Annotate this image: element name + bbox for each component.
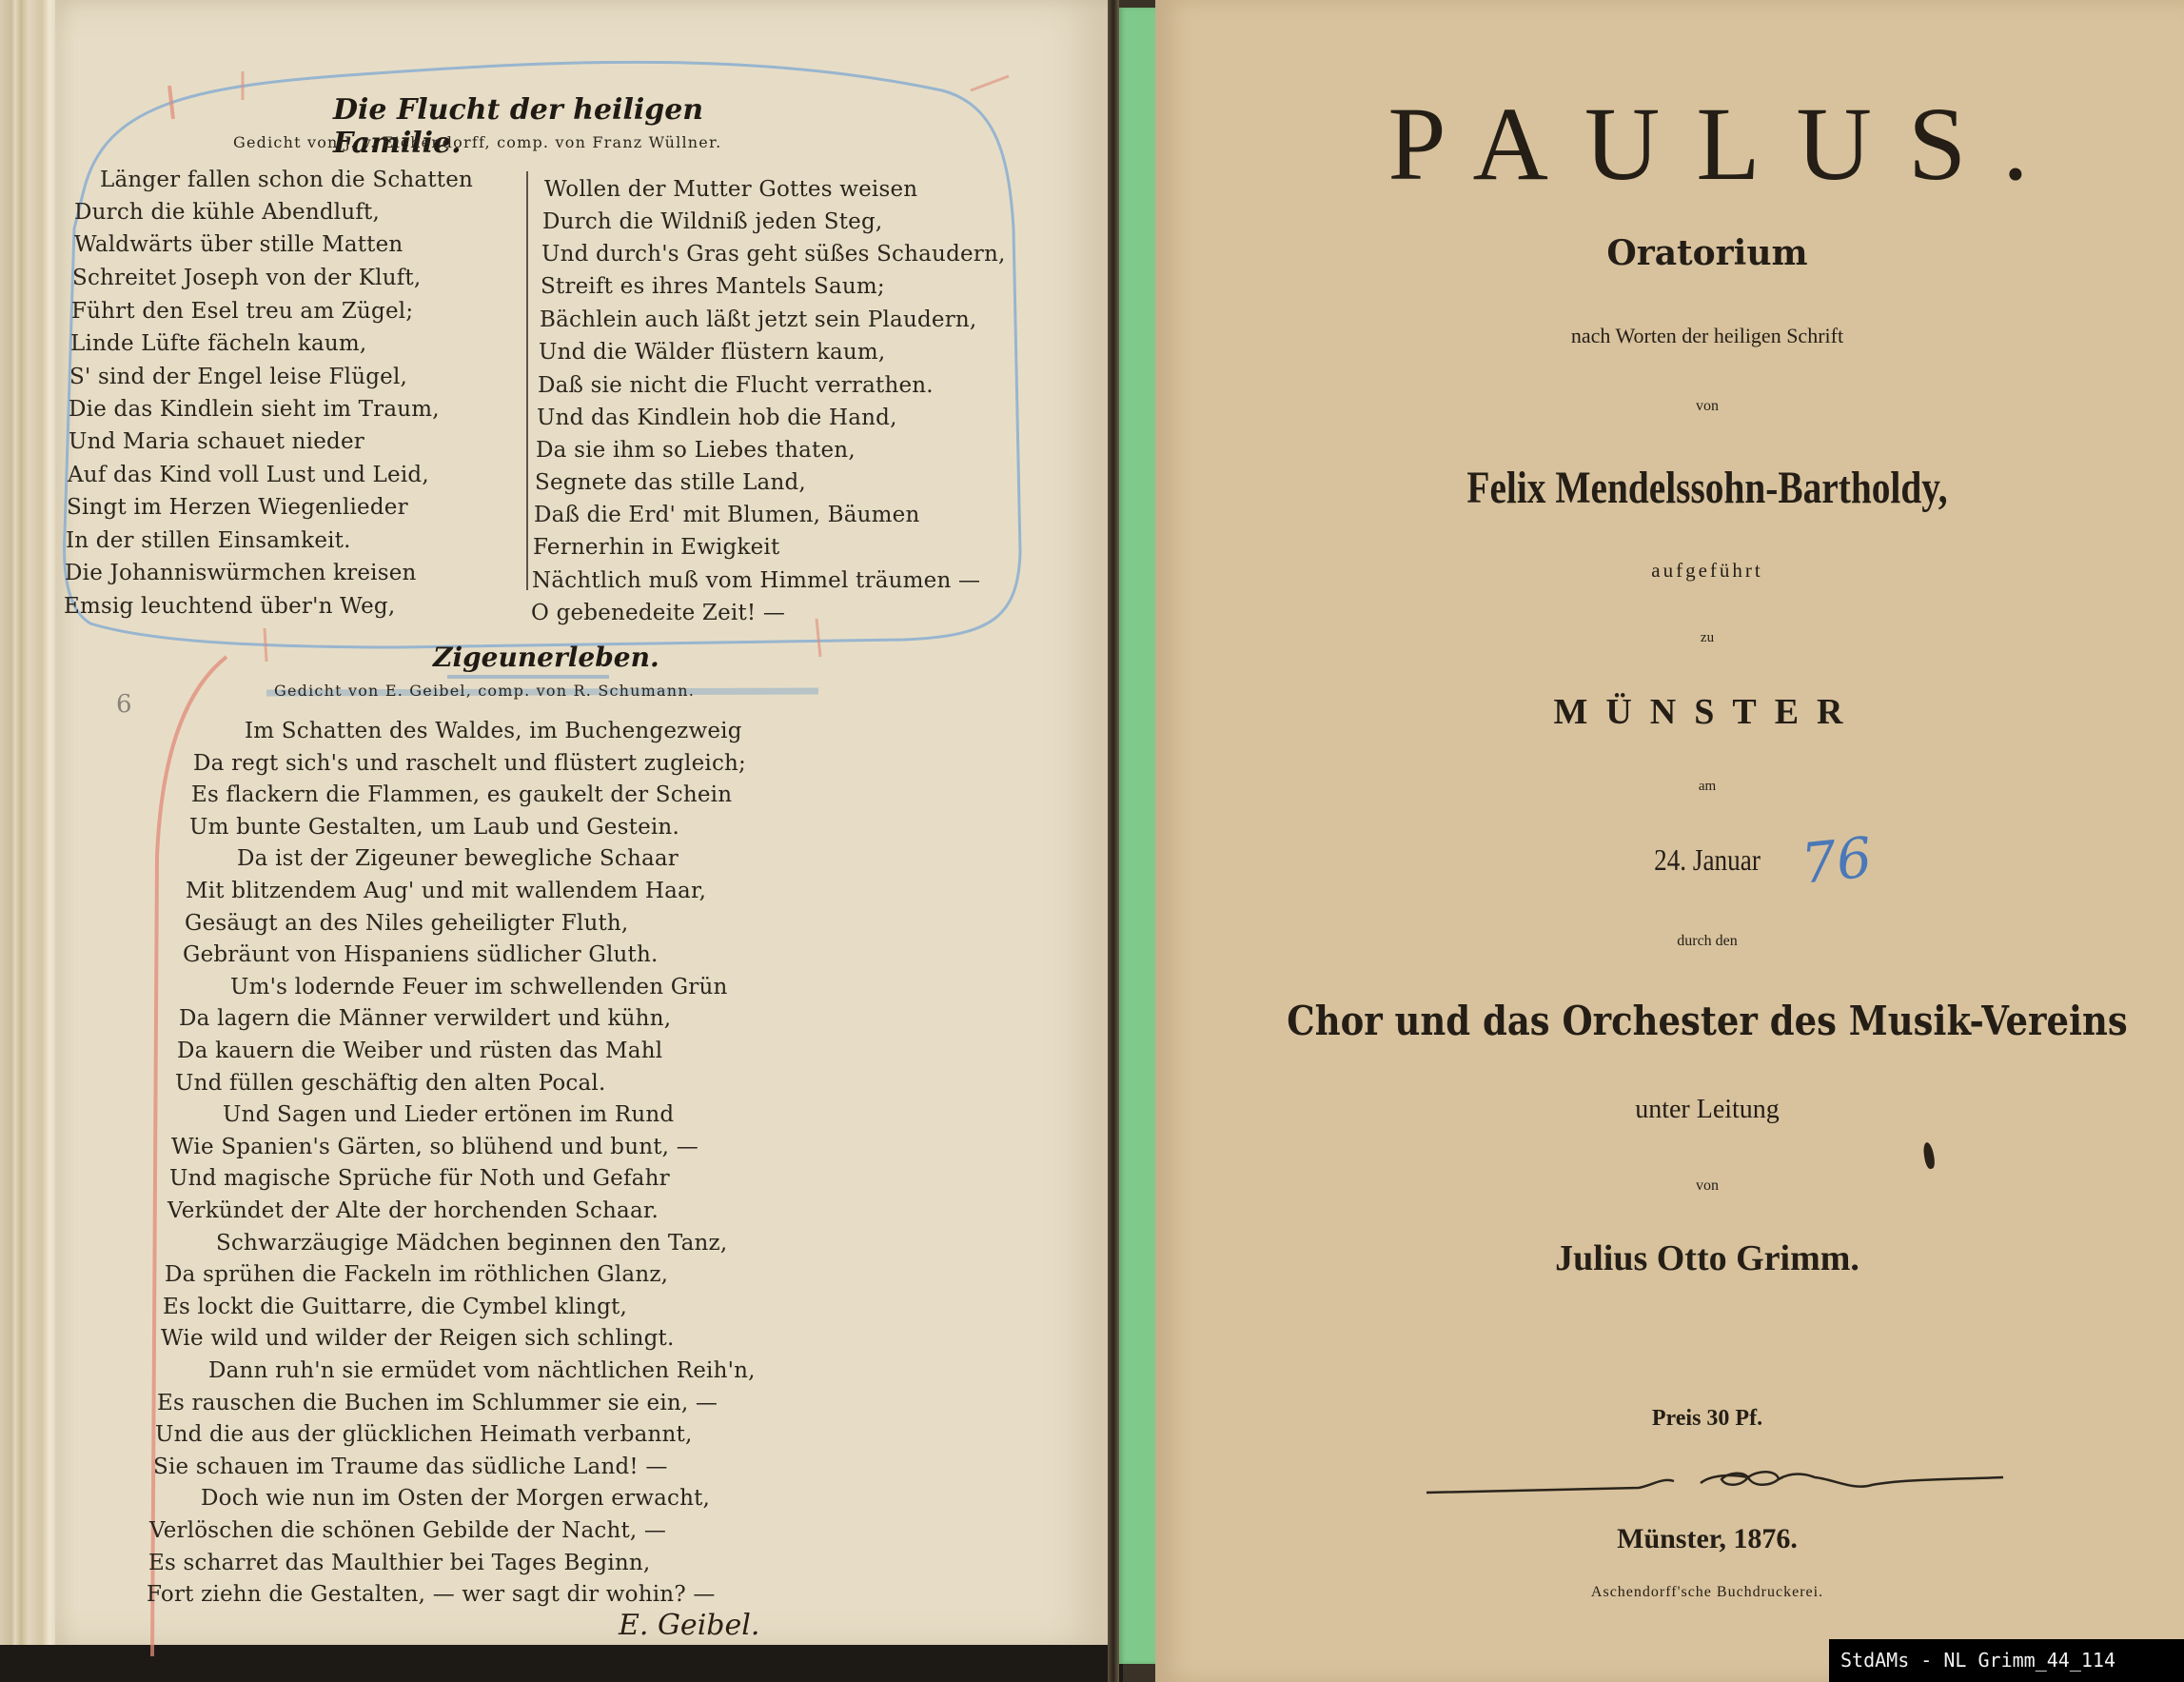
poem-line: Durch die Wildniß jeden Steg, — [542, 209, 882, 234]
poem-line: Im Schatten des Waldes, im Buchengezweig — [245, 719, 742, 743]
ornamental-rule — [1425, 1466, 2005, 1504]
poem-line: Dann ruh'n sie ermüdet vom nächtlichen R… — [208, 1358, 756, 1383]
poem-line: O gebenedeite Zeit! — — [531, 601, 785, 625]
poem-line: Auf das Kind voll Lust und Leid, — [68, 463, 429, 487]
poem-line: Fernerhin in Ewigkeit — [533, 535, 779, 560]
poem-line: Streift es ihres Mantels Saum; — [541, 274, 885, 299]
handwritten-year: 76 — [1799, 824, 1876, 896]
imprint-place-year: Münster, 1876. — [1155, 1523, 2184, 1555]
poem-line: Schreitet Joseph von der Kluft, — [72, 266, 421, 290]
poem-line: Durch die kühle Abendluft, — [74, 200, 380, 225]
poem-line: Linde Lüfte fächeln kaum, — [70, 331, 366, 356]
poem-line: Gesäugt an des Niles geheiligter Fluth, — [185, 911, 628, 936]
printer-name: Aschendorff'sche Buchdruckerei. — [1155, 1584, 2184, 1601]
poem-line: Fort ziehn die Gestalten, — wer sagt dir… — [147, 1582, 716, 1607]
text-zu: zu — [1155, 630, 2184, 646]
poem-line: In der stillen Einsamkeit. — [66, 528, 351, 553]
performance-date: 24. Januar — [1238, 842, 2176, 878]
poem-line: Die Johanniswürmchen kreisen — [65, 561, 417, 585]
poem-line: Und das Kindlein hob die Hand, — [537, 406, 897, 430]
poem-line: Es rauschen die Buchen im Schlummer sie … — [157, 1391, 718, 1415]
poem-line: Und füllen geschäftig den alten Pocal. — [175, 1071, 605, 1096]
poem-line: Da sprühen die Fackeln im röthlichen Gla… — [165, 1262, 668, 1287]
handwritten-signature: E. Geibel. — [619, 1609, 759, 1642]
poem-line: Daß die Erd' mit Blumen, Bäumen — [534, 503, 919, 527]
poem-line: Waldwärts über stille Matten — [74, 232, 403, 257]
poem-line: Wie Spanien's Gärten, so blühend und bun… — [171, 1135, 698, 1159]
poem-line: Daß sie nicht die Flucht verrathen. — [538, 373, 934, 398]
poem-line: Und Maria schauet nieder — [69, 429, 364, 454]
text-unter-leitung: unter Leitung — [1155, 1095, 2184, 1125]
column-divider — [526, 171, 528, 590]
poem-line: Und durch's Gras geht süßes Schaudern, — [541, 242, 1006, 267]
archive-caption: StdAMs - NL Grimm_44_114 — [1829, 1639, 2184, 1682]
poem-line: Es scharret das Maulthier bei Tages Begi… — [148, 1551, 650, 1575]
poem-line: Da sie ihm so Liebes thaten, — [536, 438, 856, 463]
poem-line: Sie schauen im Traume das südliche Land!… — [153, 1454, 668, 1479]
title-paulus: PAULUS. — [1174, 84, 2184, 205]
poem-line: Und Sagen und Lieder ertönen im Rund — [223, 1102, 674, 1127]
poem-line: Da regt sich's und raschelt und flüstert… — [193, 751, 746, 776]
poem-line: Verlöschen die schönen Gebilde der Nacht… — [149, 1518, 666, 1543]
poem-line: Um bunte Gestalten, um Laub und Gestein. — [189, 815, 679, 840]
poem-line: Da ist der Zigeuner bewegliche Schaar — [237, 846, 679, 871]
poem-line: Es flackern die Flammen, es gaukelt der … — [191, 782, 732, 807]
poem-line: Verkündet der Alte der horchenden Schaar… — [167, 1198, 659, 1223]
poem-line: Länger fallen schon die Schatten — [100, 168, 473, 192]
poem-line: Doch wie nun im Osten der Morgen erwacht… — [201, 1486, 710, 1511]
poem-line: Es lockt die Guittarre, die Cymbel kling… — [163, 1295, 627, 1319]
poem-line: Um's lodernde Feuer im schwellenden Grün — [230, 975, 728, 999]
poem-line: Und die Wälder flüstern kaum, — [539, 340, 885, 365]
poem2-title: Zigeunerleben. — [433, 642, 659, 673]
text-am: am — [1155, 779, 2184, 795]
poem-line: Da lagern die Männer verwildert und kühn… — [179, 1006, 671, 1031]
poem-line: Die das Kindlein sieht im Traum, — [69, 397, 440, 422]
green-binding-strip — [1119, 8, 1157, 1664]
poem-line: Und magische Sprüche für Noth und Gefahr — [169, 1166, 670, 1191]
poem-line: Gebräunt von Hispaniens südlicher Gluth. — [183, 942, 659, 967]
text-von: von — [1155, 398, 2184, 415]
margin-pencil-note: 6 — [116, 690, 132, 719]
poem-line: Singt im Herzen Wiegenlieder — [67, 495, 408, 520]
poem-line: Wollen der Mutter Gottes weisen — [544, 177, 917, 202]
poem-line: Und die aus der glücklichen Heimath verb… — [155, 1422, 693, 1447]
poem-line: S' sind der Engel leise Flügel, — [69, 365, 407, 389]
poem-line: Schwarzäugige Mädchen beginnen den Tanz, — [216, 1231, 727, 1256]
text-von-2: von — [1155, 1177, 2184, 1195]
genre-oratorium: Oratorium — [1155, 233, 2184, 273]
composer-name: Felix Mendelssohn-Bartholdy, — [1254, 462, 2159, 514]
text-performed: aufgeführt — [1155, 559, 2184, 583]
poem-line: Bächlein auch läßt jetzt sein Plaudern, — [540, 307, 976, 332]
poem-line: Führt den Esel treu am Zügel; — [71, 299, 413, 324]
city-muenster: MÜNSTER — [1155, 691, 2184, 733]
text-source: nach Worten der heiligen Schrift — [1155, 324, 2184, 348]
poem1-subtitle: Gedicht von J. v. Eichendorff, comp. von… — [233, 133, 721, 151]
conductor-name: Julius Otto Grimm. — [1155, 1237, 2184, 1279]
poem-line: Wie wild und wilder der Reigen sich schl… — [161, 1326, 675, 1351]
poem-line: Mit blitzendem Aug' und mit wallendem Ha… — [186, 879, 706, 903]
poem2-subtitle: Gedicht von E. Geibel, comp. von R. Schu… — [274, 682, 695, 700]
price: Preis 30 Pf. — [1155, 1406, 2184, 1432]
poem-line: Da kauern die Weiber und rüsten das Mahl — [177, 1039, 662, 1063]
text-durch-den: durch den — [1155, 933, 2184, 950]
poem-line: Segnete das stille Land, — [535, 470, 806, 495]
poem-line: Emsig leuchtend über'n Weg, — [64, 594, 395, 619]
poem-line: Nächtlich muß vom Himmel träumen — — [532, 568, 980, 593]
ensemble-name: Chor und das Orchester des Musik-Vereins — [1222, 998, 2184, 1044]
